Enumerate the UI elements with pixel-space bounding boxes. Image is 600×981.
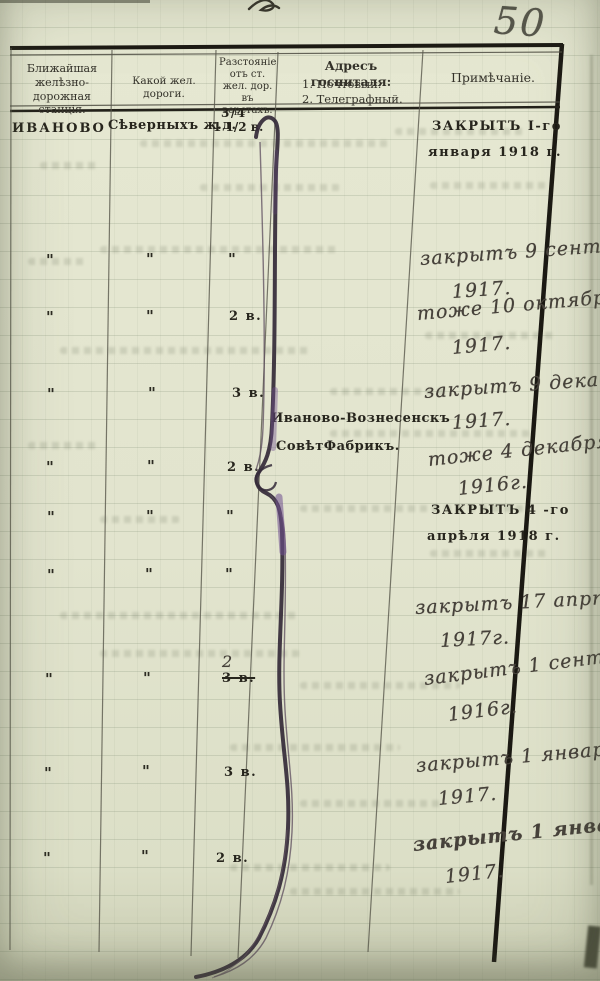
cell-note-line2: января 1918 г. xyxy=(428,145,562,160)
handwritten-note-line1: закрытъ 9 декабря xyxy=(423,366,600,403)
ditto-mark: " xyxy=(228,250,236,268)
bleed-smudge xyxy=(430,550,550,557)
ditto-mark: " xyxy=(146,507,154,525)
bleed-smudge xyxy=(230,744,400,751)
ditto-mark: " xyxy=(46,308,54,326)
bleed-smudge xyxy=(40,162,100,169)
handwritten-note-line2: 1917. xyxy=(437,783,498,810)
bleed-smudge xyxy=(290,888,460,895)
bleed-smudge xyxy=(28,258,88,265)
cell-note-line2: апрѣля 1918 г. xyxy=(427,529,561,544)
bleed-smudge xyxy=(100,246,340,253)
header-address-item1: 1. Почтовый. xyxy=(302,77,412,91)
handwritten-note-line2: 1917. xyxy=(444,860,505,888)
cell-distance: 2 в. xyxy=(216,851,249,866)
handwritten-note-line1: закрытъ 1 января xyxy=(412,810,600,856)
ditto-mark: " xyxy=(225,565,233,583)
cell-address-line2: СовѣтФабрикъ. xyxy=(276,439,400,454)
header-station: Ближайшая желѣзно-дорожная станція. xyxy=(15,62,109,117)
handwritten-note-line2: 1917. xyxy=(451,408,512,434)
bleed-smudge xyxy=(430,182,550,189)
ditto-mark: " xyxy=(147,457,155,475)
ditto-mark: " xyxy=(47,508,55,526)
bleed-smudge xyxy=(60,612,300,619)
scanned-register-page: 50 Ближайшая желѣзно-дорожная станція. К… xyxy=(0,0,600,981)
ditto-mark: " xyxy=(46,458,54,476)
handwritten-note-line2: 1917. xyxy=(451,332,512,359)
ditto-mark: " xyxy=(146,250,154,268)
bleed-smudge xyxy=(200,184,340,191)
cell-distance: 2 в. xyxy=(229,309,262,324)
ditto-mark: " xyxy=(142,762,150,780)
cell-distance-correction: 3/4 xyxy=(221,106,247,120)
cell-distance: 3 в. xyxy=(224,765,257,780)
bleed-smudge xyxy=(28,442,98,449)
ditto-mark: " xyxy=(141,847,149,865)
ditto-mark: " xyxy=(45,670,53,688)
cell-note-line1: ЗАКРЫТЪ I-го xyxy=(432,119,562,134)
cell-distance-correction: 2 xyxy=(222,652,233,671)
handwritten-page-number: 50 xyxy=(493,0,548,46)
ink-scribble xyxy=(249,0,279,10)
handwritten-note-line1: закрытъ 9 сентября xyxy=(419,232,600,270)
bleed-smudge xyxy=(330,430,530,437)
cell-distance-struck: 3 в. xyxy=(222,671,255,686)
bleed-smudge xyxy=(100,516,180,523)
ditto-mark: " xyxy=(43,849,51,867)
ditto-mark: " xyxy=(146,307,154,325)
bleed-smudge xyxy=(140,140,390,147)
handwritten-note-line1: закрытъ 1 января xyxy=(415,737,600,777)
bleed-smudge xyxy=(60,347,310,354)
cell-address-line1: Иваново-Вознесенскъ xyxy=(271,411,450,426)
ditto-mark: " xyxy=(226,507,234,525)
ditto-mark: " xyxy=(143,669,151,687)
cell-distance: 1 1/2 в. xyxy=(213,120,263,134)
cell-distance: 3 в. xyxy=(232,386,265,401)
handwritten-note-line2: 1916г. xyxy=(447,696,519,726)
ditto-mark: " xyxy=(47,385,55,403)
ditto-mark: " xyxy=(44,764,52,782)
bleed-smudge xyxy=(100,650,300,657)
cell-note-line1: ЗАКРЫТЪ 4 -го xyxy=(431,503,570,518)
header-note: Примѣчаніе. xyxy=(430,70,556,86)
handwritten-note-line2: 1917г. xyxy=(439,626,510,652)
bleed-smudge xyxy=(230,864,390,871)
ditto-mark: " xyxy=(47,566,55,584)
handwritten-note-line1: закрытъ 17 апрѣля xyxy=(414,585,600,619)
ditto-mark: " xyxy=(148,384,156,402)
header-railway: Какой жел. дороги. xyxy=(115,75,213,101)
ditto-mark: " xyxy=(46,251,54,269)
bleed-smudge xyxy=(300,800,440,807)
handwritten-note-line2: 1916г. xyxy=(457,471,529,500)
scan-corner-mark xyxy=(584,925,600,968)
cell-distance: 2 в. xyxy=(227,460,260,475)
scan-edge-top xyxy=(0,0,150,3)
ditto-mark: " xyxy=(145,565,153,583)
header-address-item2: 2. Телеграфный. xyxy=(302,92,412,106)
cell-station: ИВАНОВО xyxy=(12,121,106,136)
